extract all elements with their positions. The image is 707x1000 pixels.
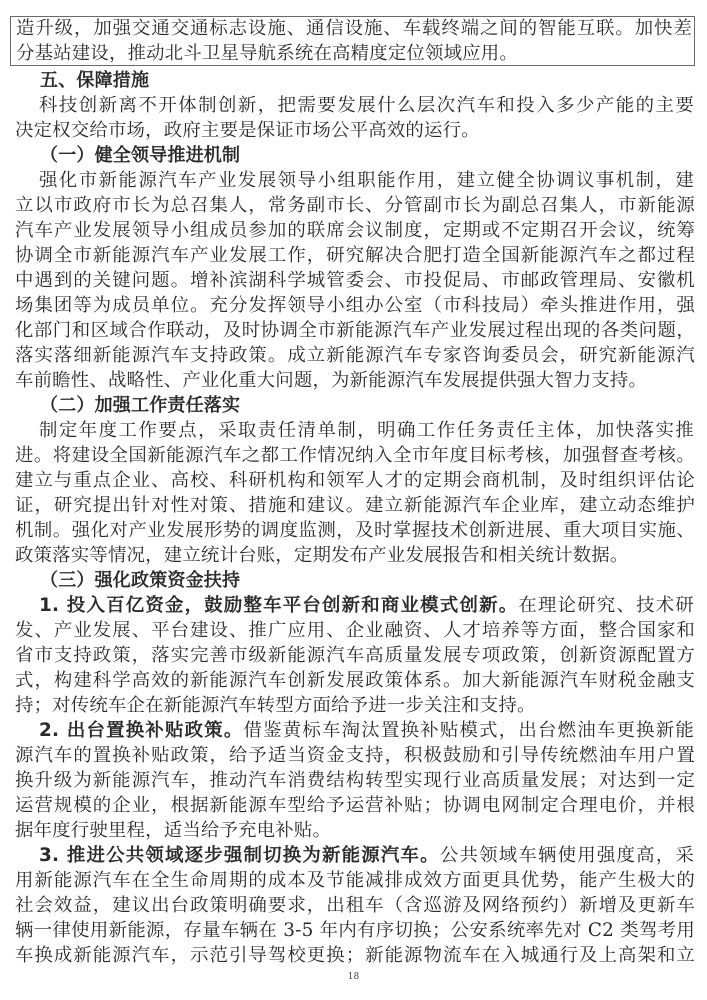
paragraph-line: 换升级为新能源汽车，推动汽车消费结构转型实现行业高质量发展；对达到一定 <box>15 768 695 793</box>
paragraph-line: 持；对传统车企在新能源汽车转型方面给予进一步关注和支持。 <box>15 693 695 718</box>
paragraph-line: 落实落细新能源汽车支持政策。成立新能源汽车专家咨询委员会，研究新能源汽 <box>15 343 695 368</box>
paragraph-line: 强化市新能源汽车产业发展领导小组职能作用，建立健全协调议事机制，建 <box>39 168 694 193</box>
paragraph-line: 建立与重点企业、高校、科研机构和领军人才的定期会商机制，及时组织评估论 <box>15 468 695 493</box>
item-first-line: 1. 投入百亿资金，鼓励整车平台创新和商业模式创新。在理论研究、技术研 <box>39 593 694 618</box>
paragraph-line: 运营规模的企业，根据新能源车型给予运营补贴；协调电网制定合理电价，并根 <box>15 793 695 818</box>
item-lead: 2. 出台置换补贴政策。 <box>39 720 244 741</box>
item-lead: 1. 投入百亿资金，鼓励整车平台创新和商业模式创新。 <box>39 595 518 616</box>
paragraph-line: 场集团等为成员单位。充分发挥领导小组办公室（市科技局）牵头推进作用，强 <box>15 293 695 318</box>
item-text: 公共领域车辆使用强度高，采 <box>440 845 694 866</box>
paragraph-line: 省市支持政策，落实完善市级新能源汽车高质量发展专项政策，创新资源配置方 <box>15 643 695 668</box>
paragraph-line: 政策落实等情况，建立统计台账，定期发布产业发展报告和相关统计数据。 <box>15 543 695 568</box>
item-text: 在理论研究、技术研 <box>518 595 694 616</box>
paragraph-line: 辆一律使用新能源，存量车辆在 3-5 年内有序切换；公安系统率先对 C2 类驾考… <box>15 918 695 943</box>
boxed-line: 分基站建设，推动北斗卫星导航系统在高精度定位领域应用。 <box>16 41 696 66</box>
paragraph-line: 式，构建科学高效的新能源汽车创新发展政策体系。加大新能源汽车财税金融支 <box>15 668 695 693</box>
paragraph-line: 进。将建设全国新能源汽车之都工作情况纳入全市年度目标考核，加强督查考核。 <box>15 443 695 468</box>
document-page: 造升级，加强交通交通标志设施、通信设施、车载终端之间的智能互联。加快差 分基站建… <box>0 0 707 1000</box>
paragraph-line: 车前瞻性、战略性、产业化重大问题，为新能源汽车发展提供强大智力支持。 <box>15 368 695 393</box>
paragraph-line: 社会效益，建议出台政策明确要求，出租车（含巡游及网络预约）新增及更新车 <box>15 893 695 918</box>
item-first-line: 3. 推进公共领域逐步强制切换为新能源汽车。公共领域车辆使用强度高，采 <box>39 843 694 868</box>
item-text: 借鉴黄标车淘汰置换补贴模式，出台燃油车更换新能 <box>244 720 694 741</box>
paragraph-line: 汽车产业发展领导小组成员参加的联席会议制度，定期或不定期召开会议，统筹 <box>15 218 695 243</box>
paragraph-line: 制定年度工作要点，采取责任清单制，明确工作任务责任主体，加快落实推 <box>39 418 694 443</box>
subsection-title: （三）强化政策资金扶持 <box>40 568 707 593</box>
paragraph-line: 立以市政府市长为总召集人，常务副市长、分管副市长为副总召集人，市新能源 <box>15 193 695 218</box>
item-lead: 3. 推进公共领域逐步强制切换为新能源汽车。 <box>39 845 440 866</box>
paragraph-line: 机制。强化对产业发展形势的调度监测，及时掌握技术创新进展、重大项目实施、 <box>15 518 695 543</box>
paragraph-line: 据年度行驶里程，适当给予充电补贴。 <box>15 818 695 843</box>
page-number: 18 <box>0 972 707 982</box>
paragraph-line: 车换成新能源汽车，示范引导驾校更换；新能源物流车在入城通行及上高架和立 <box>15 943 695 968</box>
paragraph-line: 化部门和区域合作联动，及时协调全市新能源汽车产业发展过程出现的各类问题， <box>15 318 695 343</box>
paragraph-line: 证，研究提出针对性对策、措施和建议。建立新能源汽车企业库，建立动态维护 <box>15 493 695 518</box>
paragraph-line: 协调全市新能源汽车产业发展工作，研究解决合肥打造全国新能源汽车之都过程 <box>15 243 695 268</box>
subsection-title: （一）健全领导推进机制 <box>40 143 707 168</box>
boxed-line: 造升级，加强交通交通标志设施、通信设施、车载终端之间的智能互联。加快差 <box>16 16 692 41</box>
paragraph-line: 决定权交给市场，政府主要是保证市场公平高效的运行。 <box>15 118 695 143</box>
paragraph-line: 源汽车的置换补贴政策，给予适当资金支持，积极鼓励和引导传统燃油车用户置 <box>15 743 695 768</box>
paragraph-line: 科技创新离不开体制创新，把需要发展什么层次汽车和投入多少产能的主要 <box>39 93 694 118</box>
paragraph-line: 中遇到的关键问题。增补滨湖科学城管委会、市投促局、市邮政管理局、安徽机 <box>15 268 695 293</box>
item-first-line: 2. 出台置换补贴政策。借鉴黄标车淘汰置换补贴模式，出台燃油车更换新能 <box>39 718 694 743</box>
subsection-title: （二）加强工作责任落实 <box>40 393 707 418</box>
paragraph-line: 发、产业发展、平台建设、推广应用、企业融资、人才培养等方面，整合国家和 <box>15 618 695 643</box>
paragraph-line: 用新能源汽车在全生命周期的成本及节能减排成效方面更具优势，能产生极大的 <box>15 868 695 893</box>
section-title: 五、保障措施 <box>40 68 707 93</box>
